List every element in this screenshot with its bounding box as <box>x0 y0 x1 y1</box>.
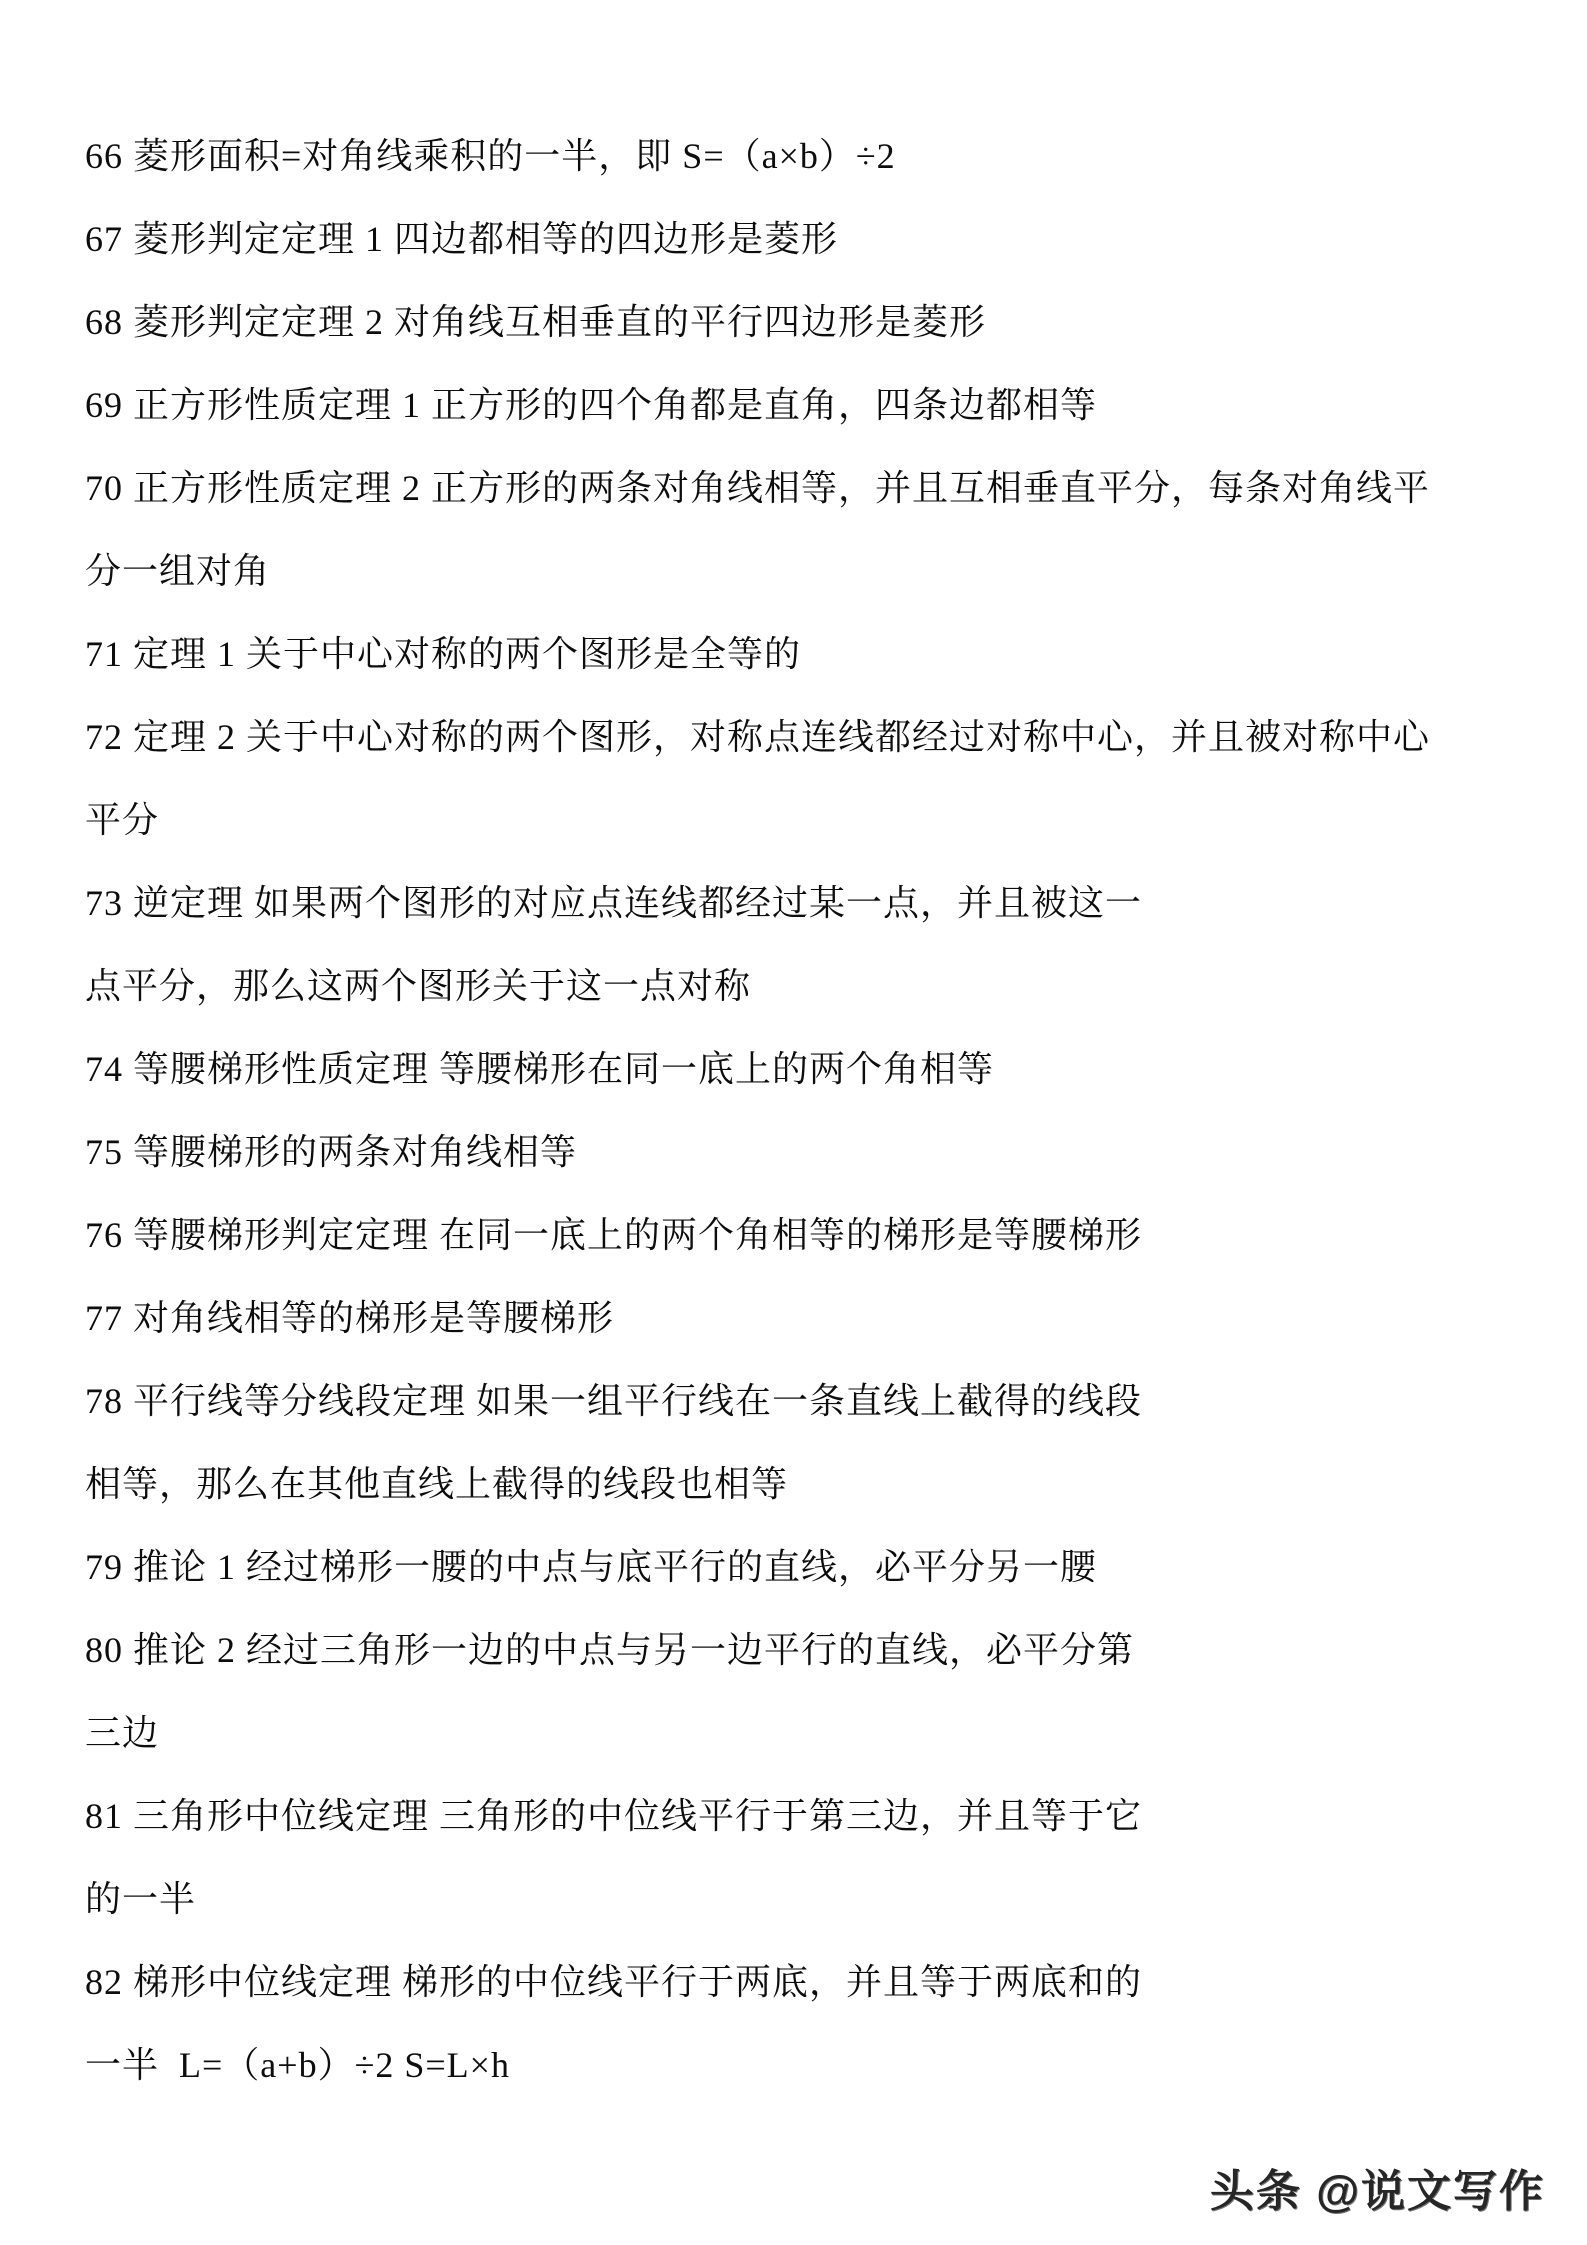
text-line: 71 定理 1 关于中心对称的两个图形是全等的 <box>85 610 1507 693</box>
text-line: 66 菱形面积=对角线乘积的一半，即 S=（a×b）÷2 <box>85 112 1507 195</box>
text-line: 82 梯形中位线定理 梯形的中位线平行于两底，并且等于两底和的 <box>85 1938 1507 2021</box>
theorem-list: 66 菱形面积=对角线乘积的一半，即 S=（a×b）÷2 67 菱形判定定理 1… <box>85 112 1507 2104</box>
text-line: 68 菱形判定定理 2 对角线互相垂直的平行四边形是菱形 <box>85 278 1507 361</box>
text-line-wrap: 分一组对角 <box>85 527 1507 610</box>
text-line: 77 对角线相等的梯形是等腰梯形 <box>85 1274 1507 1357</box>
text-line: 76 等腰梯形判定定理 在同一底上的两个角相等的梯形是等腰梯形 <box>85 1191 1507 1274</box>
text-line: 69 正方形性质定理 1 正方形的四个角都是直角，四条边都相等 <box>85 361 1507 444</box>
text-line: 67 菱形判定定理 1 四边都相等的四边形是菱形 <box>85 195 1507 278</box>
text-line: 80 推论 2 经过三角形一边的中点与另一边平行的直线，必平分第 <box>85 1606 1507 1689</box>
toutiao-watermark: 头条 @说文写作 <box>1210 2155 1545 2219</box>
text-line: 73 逆定理 如果两个图形的对应点连线都经过某一点，并且被这一 <box>85 859 1507 942</box>
text-line: 81 三角形中位线定理 三角形的中位线平行于第三边，并且等于它 <box>85 1772 1507 1855</box>
text-line-wrap: 的一半 <box>85 1855 1507 1938</box>
text-line: 75 等腰梯形的两条对角线相等 <box>85 1108 1507 1191</box>
text-line: 70 正方形性质定理 2 正方形的两条对角线相等，并且互相垂直平分，每条对角线平 <box>85 444 1507 527</box>
text-line-wrap: 一半 L=（a+b）÷2 S=L×h <box>85 2021 1507 2104</box>
text-line-wrap: 相等，那么在其他直线上截得的线段也相等 <box>85 1440 1507 1523</box>
text-line: 72 定理 2 关于中心对称的两个图形，对称点连线都经过对称中心，并且被对称中心 <box>85 693 1507 776</box>
text-line-wrap: 三边 <box>85 1689 1507 1772</box>
document-page: 66 菱形面积=对角线乘积的一半，即 S=（a×b）÷2 67 菱形判定定理 1… <box>0 0 1587 2245</box>
text-line: 78 平行线等分线段定理 如果一组平行线在一条直线上截得的线段 <box>85 1357 1507 1440</box>
text-line-wrap: 平分 <box>85 776 1507 859</box>
text-line: 79 推论 1 经过梯形一腰的中点与底平行的直线，必平分另一腰 <box>85 1523 1507 1606</box>
text-line: 74 等腰梯形性质定理 等腰梯形在同一底上的两个角相等 <box>85 1025 1507 1108</box>
text-line-wrap: 点平分，那么这两个图形关于这一点对称 <box>85 942 1507 1025</box>
